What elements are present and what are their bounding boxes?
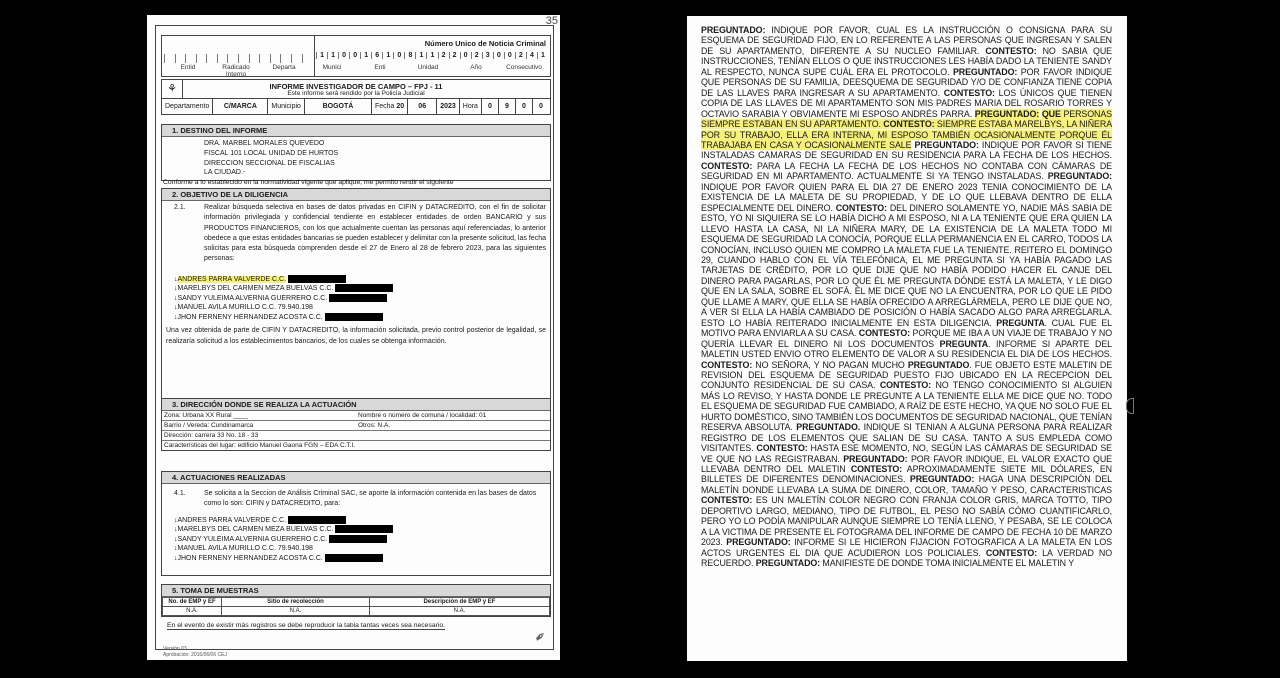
redaction-bar	[288, 275, 346, 283]
table-cell: N.A.	[163, 607, 222, 616]
persons-list: ANDRES PARRA VALVERDE C.C.MARELBYS DEL C…	[174, 516, 546, 564]
transcript-label: PREGUNTADO:	[1048, 171, 1112, 181]
hora-label: Hora	[460, 99, 482, 114]
conforme-text: Conforme a lo establecido en la normativ…	[163, 179, 454, 186]
transcript-label: PREGUNTADO:	[843, 454, 907, 464]
section-muestras: 5. TOMA DE MUESTRAS No. de EMP y EF Siti…	[161, 584, 551, 617]
right-document-page: PREGUNTADO: INDIQUE POR FAVOR, CUAL ES L…	[687, 16, 1127, 661]
radicado-boxes	[164, 54, 312, 63]
person-item: JHON FERNENY HERNANDEZ ACOSTA C.C.	[174, 313, 546, 323]
transcript-label: CONTESTO:	[756, 443, 807, 453]
transcript-label: CONTESTO:	[851, 464, 902, 474]
nunc-digit: 1	[316, 52, 327, 59]
transcript-label: PREGUNTADO:	[756, 558, 820, 568]
nunc-digit: 4	[526, 52, 537, 59]
person-item: ANDRES PARRA VALVERDE C.C.	[174, 275, 546, 285]
person-item: SANDY YULEIMA ALVERNIA GUERRERO C.C.	[174, 294, 546, 304]
comuna-field: Nombre o número de comuna / localidad: 0…	[356, 411, 550, 420]
person-item: MARELBYS DEL CARMEN MEZA BUELVAS C.C.	[174, 284, 546, 294]
objetivo-text: Realizar búsqueda selectiva en bases de …	[204, 203, 546, 265]
departamento-value: C/MARCA	[224, 103, 257, 110]
municipio-label: Municipio	[268, 99, 305, 114]
form-header: ⚘ INFORME INVESTIGADOR DE CAMPO – FPJ - …	[161, 79, 551, 115]
fecha-label: Fecha	[375, 103, 394, 110]
fecha-anio: 2023	[440, 103, 456, 110]
form-meta-row: Departamento C/MARCA Municipio BOGOTÁ Fe…	[162, 98, 550, 114]
nunc-digit: 2	[515, 52, 526, 59]
muestras-table: No. de EMP y EF Sitio de recolección Des…	[162, 597, 550, 616]
redaction-bar	[288, 516, 346, 524]
nunc-digit: 6	[371, 52, 382, 59]
item-number: 4.1.	[166, 489, 204, 510]
nunc-digit: 1	[537, 52, 548, 59]
transcript-label: QUE	[1042, 109, 1061, 119]
nunc-digit: 8	[404, 52, 415, 59]
section-actuaciones: 4. ACTUACIONES REALIZADAS 4.1. Se solici…	[161, 471, 551, 576]
nunc-label: Unidad	[404, 64, 452, 78]
page-number: 35	[546, 15, 558, 27]
zona-field: Zona: Urbana XX Rural ____	[162, 411, 356, 420]
person-item: JHON FERNENY HERNANDEZ ACOSTA C.C.	[174, 554, 546, 564]
binding-mark	[1126, 398, 1134, 414]
transcript-label: PREGUNTADO:	[915, 140, 979, 150]
nunc-digits: 110016108112202300241	[316, 52, 548, 59]
muestras-note: En el evento de existir más registros se…	[167, 622, 445, 630]
nunc-digit: 1	[327, 52, 338, 59]
nunc-digit: 0	[493, 52, 504, 59]
otros-field: Otros: N.A.	[356, 420, 550, 430]
person-item: MARELBYS DEL CARMEN MEZA BUELVAS C.C.	[174, 525, 546, 535]
transcript-text: MANIFIESTE DE DONDE TOMA INICIALMENTE EL…	[820, 558, 1074, 568]
nunc-label: Entid	[164, 64, 212, 78]
direccion-field: Dirección: carrera 33 No. 18 - 33	[162, 430, 550, 440]
redaction-bar	[329, 535, 387, 543]
hora-digit: 0	[522, 103, 526, 110]
footer-version: Versión 03 Aprobación: 2016/06/06 CEJ	[163, 646, 227, 658]
nunc-digit: 1	[382, 52, 393, 59]
transcript-text: DEL DINERO SOLAMENTE YO, NADIE MÁS SABIA…	[701, 203, 1112, 328]
transcript-label: CONTESTO:	[883, 119, 934, 129]
approval-text: Aprobación: 2016/06/06 CEJ	[163, 652, 227, 658]
hora-digit: 9	[505, 103, 509, 110]
section-title: 3. DIRECCIÓN DONDE SE REALIZA LA ACTUACI…	[162, 399, 550, 411]
nunc-digit: 1	[426, 52, 437, 59]
nunc-title: Número Unico de Noticia Criminal	[425, 39, 546, 48]
destino-line: DIRECCION SECCIONAL DE FISCALIAS	[204, 159, 546, 169]
transcript-label: CONTESTO:	[986, 548, 1037, 558]
nunc-header: Número Unico de Noticia Criminal 1100161…	[161, 35, 551, 77]
redaction-bar	[329, 294, 387, 302]
nunc-digit: 2	[449, 52, 460, 59]
hora-digit: 0	[488, 103, 492, 110]
persons-list: ANDRES PARRA VALVERDE C.C.MARELBYS DEL C…	[174, 275, 546, 323]
municipio-value: BOGOTÁ	[323, 103, 354, 110]
nunc-digit: 2	[471, 52, 482, 59]
person-item: SANDY YULEIMA ALVERNIA GUERRERO C.C.	[174, 535, 546, 545]
section-destino: 1. DESTINO DEL INFORME DRA. MARBEL MORAL…	[161, 124, 551, 181]
table-header: Sitio de recolección	[222, 598, 370, 607]
table-cell: N.A.	[222, 607, 370, 616]
transcript-label: PREGUNTADO:	[975, 109, 1039, 119]
transcript-label: PREGUNTADO:	[953, 67, 1017, 77]
destino-lines: DRA. MARBEL MORALES QUEVEDOFISCAL 101 LO…	[162, 137, 550, 180]
section-title: 4. ACTUACIONES REALIZADAS	[162, 472, 550, 484]
destino-line: LA CIUDAD.-	[204, 168, 546, 178]
redaction-bar	[335, 284, 393, 292]
transcript-label: PREGUNTADO:	[726, 537, 790, 547]
actuaciones-text: Se solicita a la Seccion de Análisis Cri…	[204, 489, 546, 510]
fecha-mes: 06	[418, 103, 426, 110]
caracteristicas-field: Características del lugar: edificio Manu…	[162, 440, 550, 450]
transcript-text: NO SEÑORA, Y NO PAGAN MUCHO	[752, 360, 908, 370]
redaction-bar	[325, 313, 383, 321]
section-direccion: 3. DIRECCIÓN DONDE SE REALIZA LA ACTUACI…	[161, 398, 551, 451]
item-number: 2.1.	[166, 203, 204, 265]
transcript-label: CONTESTO:	[985, 46, 1036, 56]
nunc-digit: 0	[349, 52, 360, 59]
objetivo-after-text: Una vez obtenida de parte de CIFIN Y DAT…	[166, 326, 546, 347]
transcript-label: PREGUNTADO.	[796, 422, 860, 432]
section-title: 1. DESTINO DEL INFORME	[162, 125, 550, 137]
transcript-label: CONTESTO:	[701, 495, 752, 505]
nunc-digit: 1	[360, 52, 371, 59]
section-title: 2. OBJETIVO DE LA DILIGENCIA	[162, 189, 550, 201]
destino-line: DRA. MARBEL MORALES QUEVEDO	[204, 139, 546, 149]
redaction-bar	[325, 554, 383, 562]
nunc-digit: 0	[460, 52, 471, 59]
left-document-page: 35 Número Unico de Noticia Criminal 1100…	[147, 15, 560, 660]
barrio-field: Barrio / Vereda: Cundinamarca	[162, 420, 356, 430]
person-item: ANDRES PARRA VALVERDE C.C.	[174, 516, 546, 526]
transcript-label: PREGUNTA	[940, 339, 988, 349]
nunc-label: Departa	[260, 64, 308, 78]
transcript-label: PREGUNTADO:	[910, 474, 974, 484]
nunc-label: Radicado Interno	[212, 64, 260, 78]
destino-line: FISCAL 101 LOCAL UNIDAD DE HURTOS	[204, 149, 546, 159]
transcript-label: CONTESTO:	[836, 203, 887, 213]
nunc-digit: 1	[415, 52, 426, 59]
nunc-digit: 0	[338, 52, 349, 59]
nunc-digit: 0	[393, 52, 404, 59]
person-item: MANUEL AVILA MURILLO C.C. 79.940.198	[174, 303, 546, 313]
hora-digit: 0	[539, 103, 543, 110]
redaction-bar	[335, 525, 393, 533]
form-subtitle: Este informe será rendido por la Policía…	[162, 90, 550, 97]
transcript-label: CONTESTO:	[859, 328, 910, 338]
departamento-label: Departamento	[162, 99, 213, 114]
nunc-label: Consecutivo	[500, 64, 548, 78]
nunc-label: Munici	[308, 64, 356, 78]
transcript-label: PREGUNTADO	[908, 360, 969, 370]
section-title: 5. TOMA DE MUESTRAS	[162, 585, 550, 597]
fecha-dia: 20	[396, 103, 404, 110]
section-objetivo: 2. OBJETIVO DE LA DILIGENCIA 2.1. Realiz…	[161, 188, 551, 402]
transcript-label: CONTESTO:	[701, 360, 752, 370]
transcript-label: CONTESTO:	[944, 88, 995, 98]
interview-transcript: PREGUNTADO: INDIQUE POR FAVOR, CUAL ES L…	[701, 25, 1112, 569]
person-item: MANUEL AVILA MURILLO C.C. 79.940.198	[174, 544, 546, 554]
table-cell: N.A.	[370, 607, 550, 616]
transcript-label: CONTESTO:	[880, 380, 931, 390]
nunc-label: Año	[452, 64, 500, 78]
transcript-label: CONTESTO:	[701, 161, 752, 171]
nunc-digit: 0	[504, 52, 515, 59]
table-header: Descripción de EMP y EF	[370, 598, 550, 607]
nunc-labels: EntidRadicado InternoDepartaMuniciEntiUn…	[164, 64, 548, 78]
nunc-digit: 2	[438, 52, 449, 59]
table-header: No. de EMP y EF	[163, 598, 222, 607]
table-row: N.A. N.A. N.A.	[163, 607, 550, 616]
nunc-digit: 3	[482, 52, 493, 59]
transcript-label: PREGUNTA	[996, 318, 1044, 328]
nunc-label: Enti	[356, 64, 404, 78]
transcript-label: PREGUNTADO:	[701, 25, 765, 35]
